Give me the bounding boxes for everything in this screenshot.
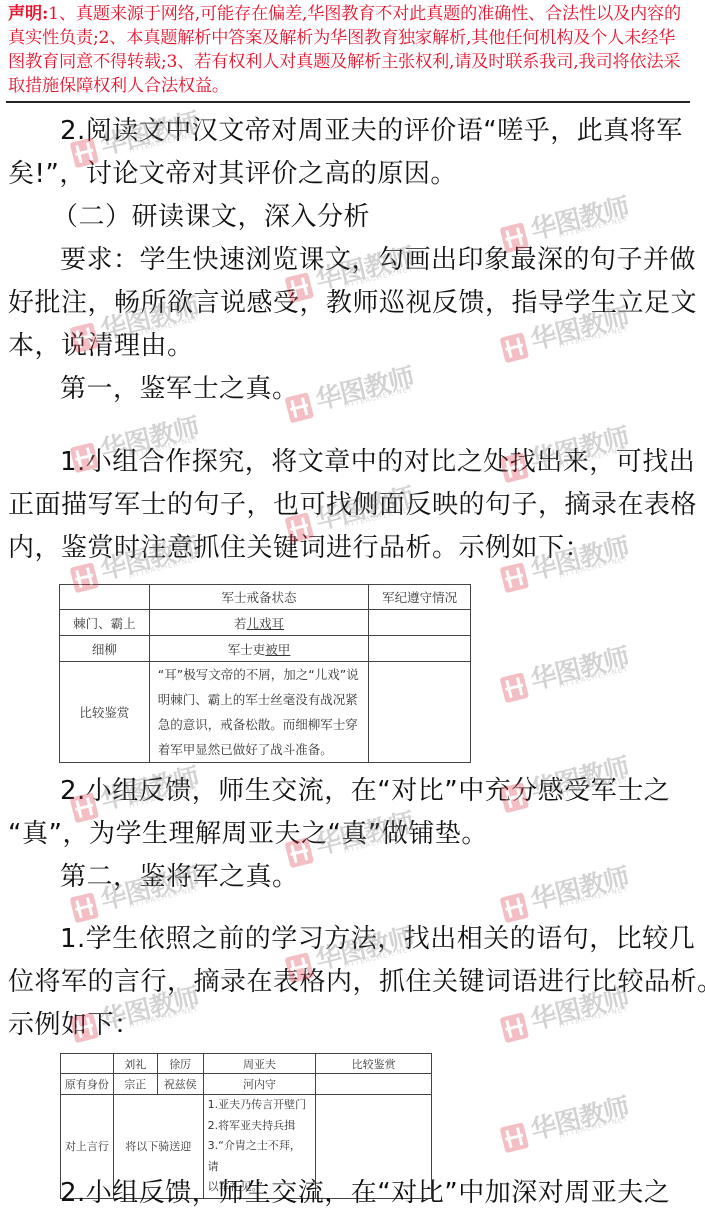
paragraph-line: 要求：学生快速浏览课文，勾画出印象最深的句子并做: [8, 239, 705, 282]
table-cell: 河内守: [203, 1074, 316, 1095]
soldiers-comparison-table: 军士戒备状态 军纪遵守情况 棘门、霸上 若儿戏耳 细柳 军士吏被甲 比较鉴赏 “…: [59, 584, 471, 763]
watermark-logo-icon: 华图教师HTTEACHER.NET: [497, 1085, 634, 1159]
table-header-cell: 军士戒备状态: [149, 585, 368, 610]
quote-item: 3.“介胄之士不拜，请: [208, 1136, 312, 1177]
table-header-cell: [61, 1054, 114, 1074]
paragraph-line: 好批注，畅所欲言说感受，教师巡视反馈，指导学生立足文: [8, 282, 688, 325]
subsection-heading: 第一，鉴军士之真。: [8, 368, 705, 411]
divider-rule: [6, 101, 690, 103]
watermark-logo-icon: 华图教师HTTEACHER.NET: [497, 635, 634, 709]
row-label: 原有身份: [61, 1074, 114, 1095]
quote-item: 2.将军亚夫持兵揖: [208, 1116, 312, 1137]
row-label: 细柳: [60, 636, 150, 662]
comparison-text: “耳”极写文帝的不屑，加之“儿戏”说明棘门、霸上的军士丝毫没有战况紧急的意识，戒…: [149, 662, 368, 763]
paragraph-line: 位将军的言行，摘录在表格内，抓住关键词语进行比较品析。: [8, 961, 688, 1004]
paragraph-line: 1.学生依照之前的学习方法，找出相关的语句，比较几: [8, 918, 705, 961]
table-header-cell: 周亚夫: [203, 1054, 316, 1074]
table-header-cell: 比较鉴赏: [316, 1054, 432, 1074]
table-cell: [369, 662, 471, 763]
table-row: 细柳 军士吏被甲: [60, 636, 471, 662]
table-header-cell: 徐厉: [157, 1054, 203, 1074]
paragraph-line: 示例如下：: [8, 1004, 688, 1047]
paragraph-line: 2.小组反馈，师生交流，在“对比”中充分感受军士之: [8, 770, 705, 813]
paragraph-line: 本，说清理由。: [8, 325, 688, 368]
table-cell: 军士吏被甲: [149, 636, 368, 662]
underlined-keyword: 儿戏耳: [247, 616, 285, 631]
row-label: 比较鉴赏: [60, 662, 150, 763]
paragraph-line: 2.阅读文中汉文帝对周亚夫的评价语“嗟乎，此真将军: [8, 110, 705, 153]
paragraph-line: 1.小组合作探究，将文章中的对比之处找出来，可找出: [8, 441, 705, 484]
table-row: 比较鉴赏 “耳”极写文帝的不屑，加之“儿戏”说明棘门、霸上的军士丝毫没有战况紧急…: [60, 662, 471, 763]
paragraph-line: “真”，为学生理解周亚夫之“真”做铺垫。: [8, 813, 688, 856]
table-row: 原有身份 宗正 祝兹侯 河内守: [61, 1074, 432, 1095]
disclaimer-label: 声明:: [8, 4, 48, 24]
disclaimer-text: 1、真题来源于网络,可能存在偏差,华图教育不对此真题的准确性、合法性以及内容的真…: [8, 4, 681, 96]
quote-item: 1.亚夫乃传言开壁门: [208, 1095, 312, 1116]
paragraph-line: 正面描写军士的句子，也可找侧面反映的句子，摘录在表格: [8, 484, 688, 527]
paragraph-line: 矣!”，讨论文帝对其评价之高的原因。: [8, 153, 688, 196]
disclaimer-notice: 声明:1、真题来源于网络,可能存在偏差,华图教育不对此真题的准确性、合法性以及内…: [8, 2, 690, 98]
table-header-cell: 军纪遵守情况: [369, 585, 471, 610]
section-heading: （二）研读课文，深入分析: [8, 196, 705, 239]
paragraph-line: 2.小组反馈，师生交流，在“对比”中加深对周亚夫之: [8, 1172, 705, 1215]
table-cell: 宗正: [113, 1074, 157, 1095]
table-cell: 若儿戏耳: [149, 610, 368, 636]
paragraph-line: 内，鉴赏时注意抓住关键词进行品析。示例如下：: [8, 527, 688, 570]
row-label: 棘门、霸上: [60, 610, 150, 636]
table-row: 棘门、霸上 若儿戏耳: [60, 610, 471, 636]
table-cell: [369, 636, 471, 662]
underlined-keyword: 被甲: [265, 642, 290, 657]
subsection-heading: 第二，鉴将军之真。: [8, 856, 705, 899]
table-cell: 祝兹侯: [157, 1074, 203, 1095]
table-cell: [369, 610, 471, 636]
table-header-cell: [60, 585, 150, 610]
table-header-cell: 刘礼: [113, 1054, 157, 1074]
table-cell: [316, 1074, 432, 1095]
